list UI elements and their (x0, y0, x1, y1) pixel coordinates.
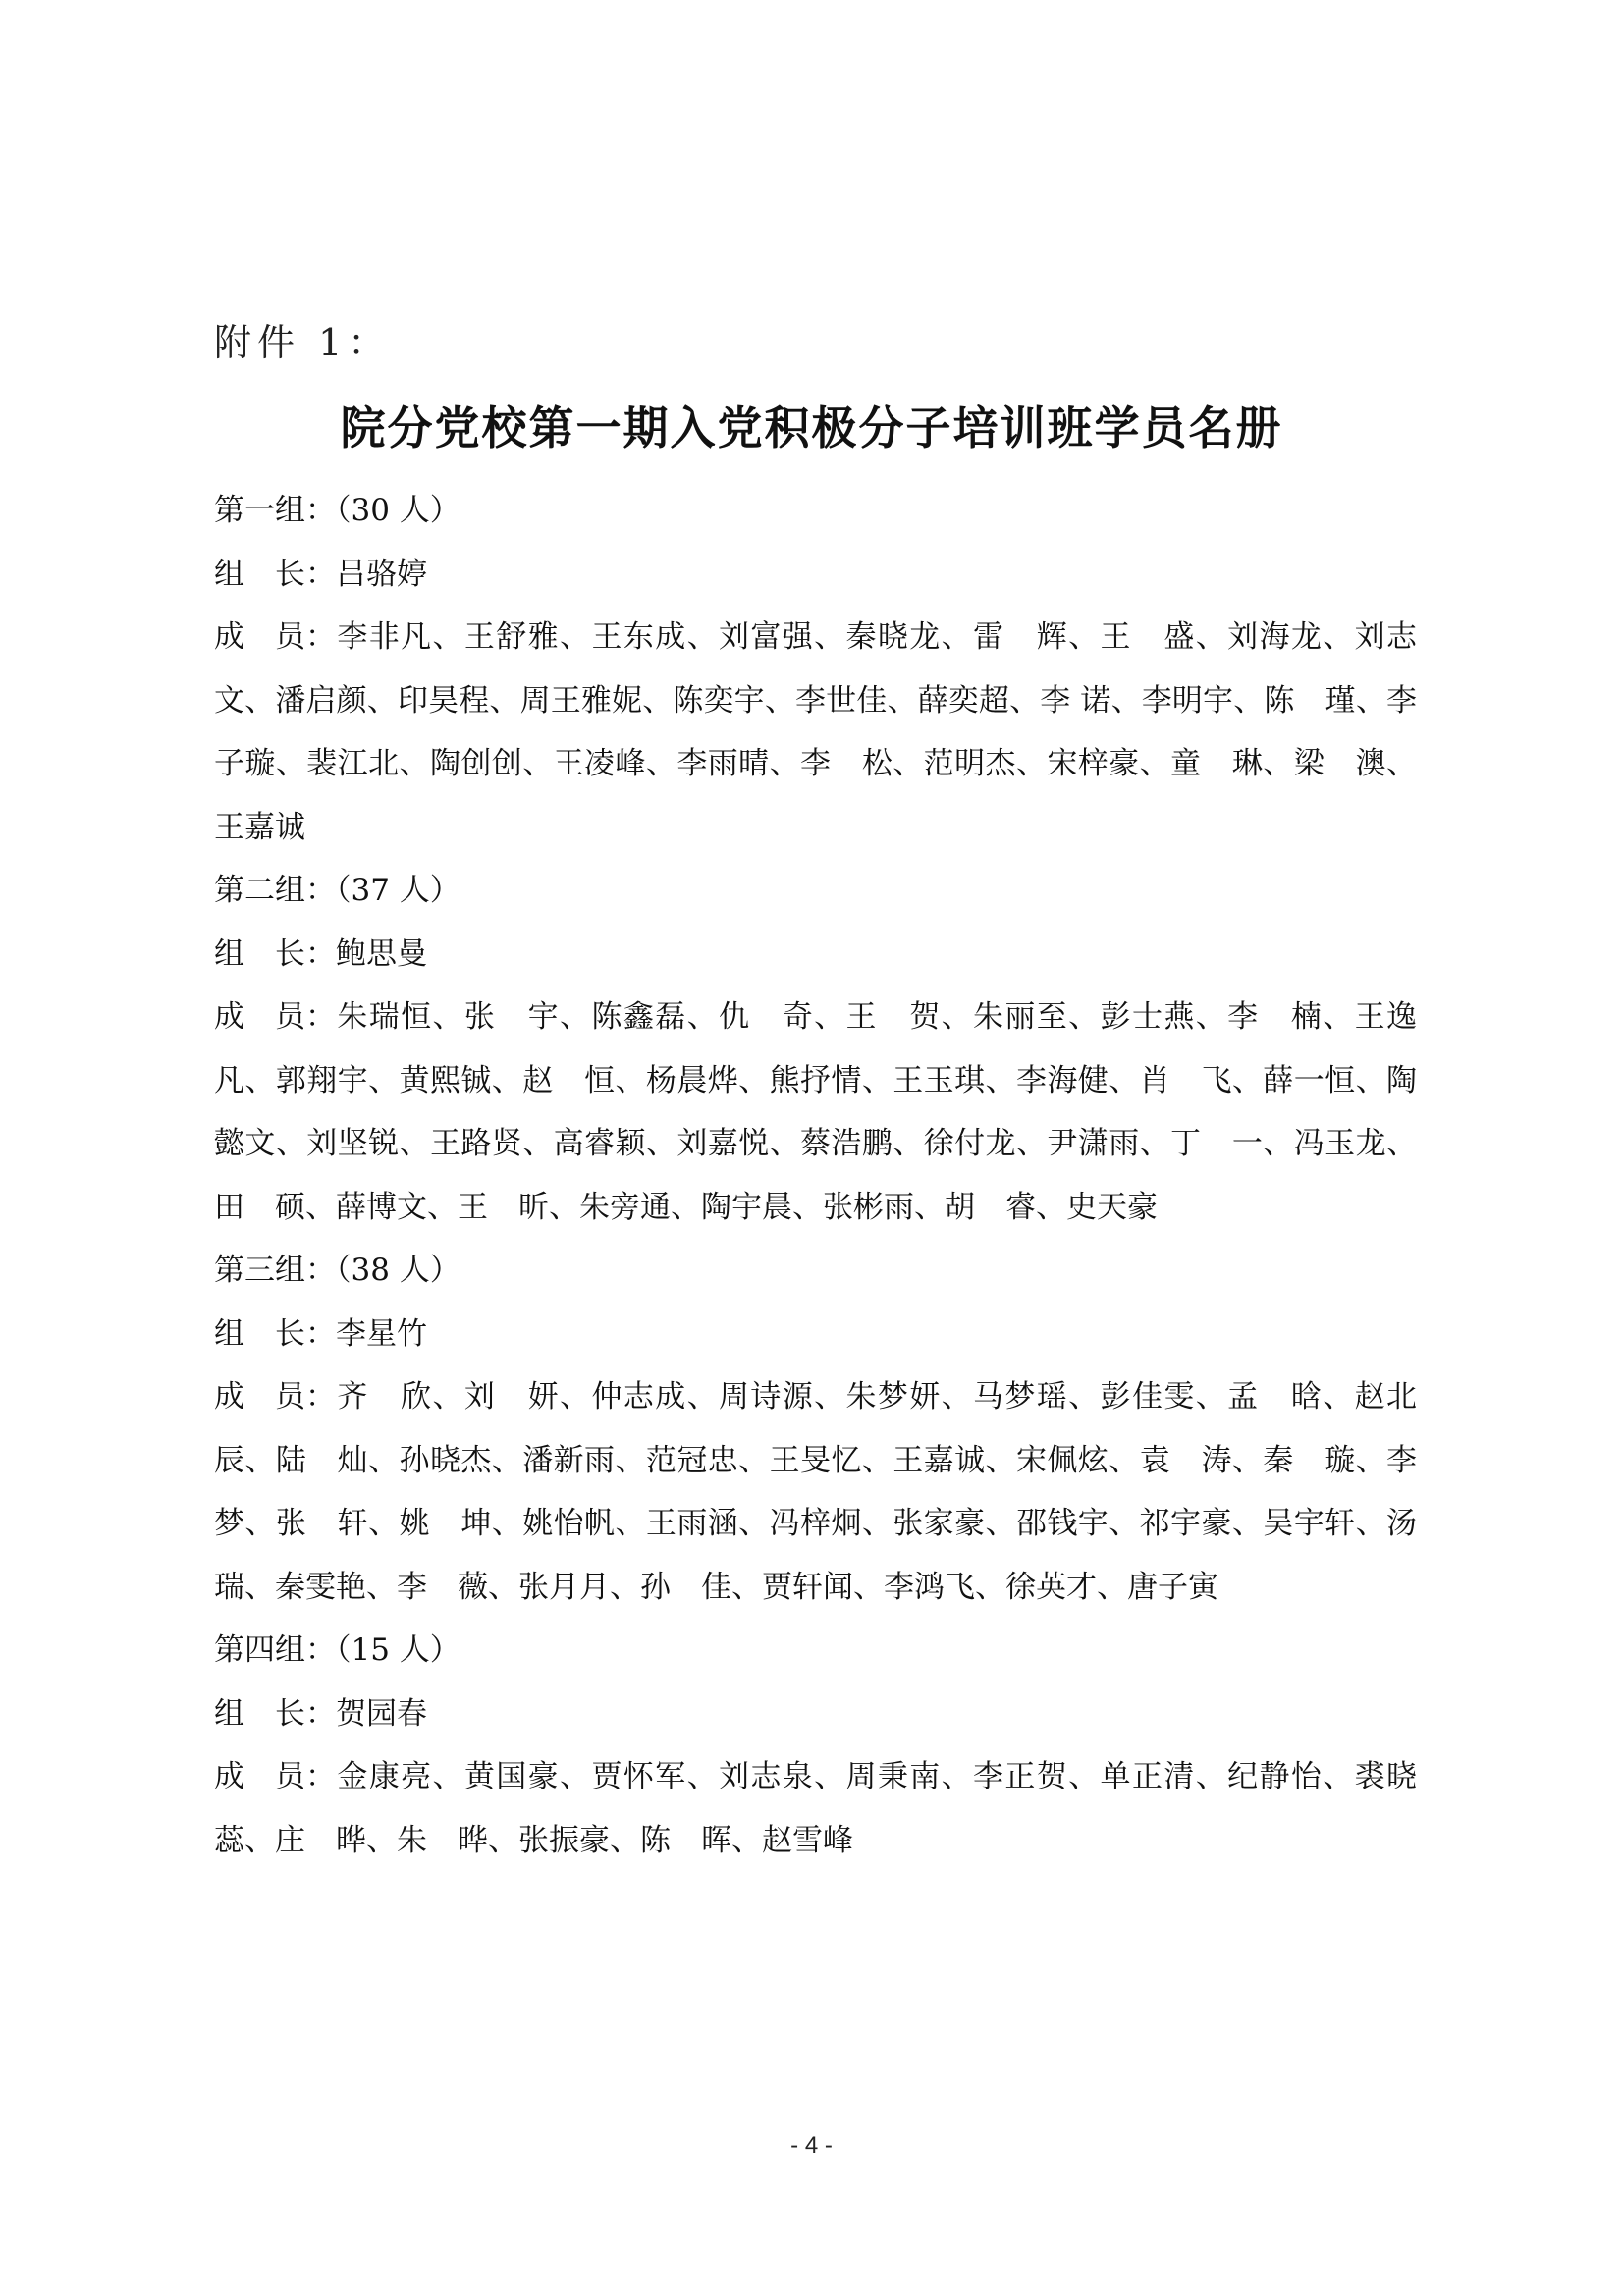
attachment-label: 附件 1： (214, 312, 391, 366)
group-members-row: 成 员：李非凡、王舒雅、王东成、刘富强、秦晓龙、雷 辉、王 盛、刘海龙、刘志文、… (214, 606, 1417, 859)
group-heading: 第一组：（30 人） (214, 479, 1417, 543)
group-leader-name: 贺园春 (336, 1696, 427, 1732)
members-label: 成 员： (214, 1365, 336, 1429)
leader-label: 组 长： (214, 923, 336, 987)
group-members-list: 金康亮、黄国豪、贾怀军、刘志泉、周秉南、李正贺、单正清、纪静怡、裘晓蕊、庄 晔、… (214, 1759, 1417, 1858)
group-members-list: 齐 欣、刘 妍、仲志成、周诗源、朱梦妍、马梦瑶、彭佳雯、孟 晗、赵北辰、陆 灿、… (214, 1379, 1447, 1605)
group-leader-name: 鲍思曼 (336, 936, 427, 972)
group-members-row: 成 员：朱瑞恒、张 宇、陈鑫磊、仇 奇、王 贺、朱丽至、彭士燕、李 楠、王逸凡、… (214, 986, 1417, 1239)
group-3: 第三组：（38 人） 组 长：李星竹 成 员：齐 欣、刘 妍、仲志成、周诗源、朱… (214, 1239, 1417, 1619)
group-1: 第一组：（30 人） 组 长：吕骆婷 成 员：李非凡、王舒雅、王东成、刘富强、秦… (214, 479, 1417, 859)
group-4: 第四组：（15 人） 组 长：贺园春 成 员：金康亮、黄国豪、贾怀军、刘志泉、周… (214, 1619, 1417, 1872)
group-leader-row: 组 长：贺园春 (214, 1682, 1417, 1746)
group-heading: 第四组：（15 人） (214, 1619, 1417, 1682)
group-members-list: 朱瑞恒、张 宇、陈鑫磊、仇 奇、王 贺、朱丽至、彭士燕、李 楠、王逸凡、郭翔宇、… (214, 999, 1417, 1225)
group-leader-row: 组 长：鲍思曼 (214, 923, 1417, 987)
members-label: 成 员： (214, 606, 336, 669)
group-leader-row: 组 长：李星竹 (214, 1303, 1417, 1366)
group-2: 第二组：（37 人） 组 长：鲍思曼 成 员：朱瑞恒、张 宇、陈鑫磊、仇 奇、王… (214, 859, 1417, 1239)
roster-content: 第一组：（30 人） 组 长：吕骆婷 成 员：李非凡、王舒雅、王东成、刘富强、秦… (214, 479, 1417, 1872)
group-leader-name: 吕骆婷 (336, 557, 427, 592)
leader-label: 组 长： (214, 1303, 336, 1366)
document-title: 院分党校第一期入党积极分子培训班学员名册 (0, 393, 1623, 457)
members-label: 成 员： (214, 986, 336, 1049)
group-members-row: 成 员：金康亮、黄国豪、贾怀军、刘志泉、周秉南、李正贺、单正清、纪静怡、裘晓蕊、… (214, 1745, 1417, 1872)
group-heading: 第二组：（37 人） (214, 859, 1417, 923)
members-label: 成 员： (214, 1745, 336, 1809)
page-number: - 4 - (0, 2132, 1623, 2160)
group-heading: 第三组：（38 人） (214, 1239, 1417, 1303)
group-members-row: 成 员：齐 欣、刘 妍、仲志成、周诗源、朱梦妍、马梦瑶、彭佳雯、孟 晗、赵北辰、… (214, 1365, 1417, 1619)
group-members-list: 李非凡、王舒雅、王东成、刘富强、秦晓龙、雷 辉、王 盛、刘海龙、刘志文、潘启颜、… (214, 619, 1417, 845)
group-leader-row: 组 长：吕骆婷 (214, 543, 1417, 607)
group-leader-name: 李星竹 (336, 1316, 427, 1352)
leader-label: 组 长： (214, 543, 336, 607)
leader-label: 组 长： (214, 1682, 336, 1746)
